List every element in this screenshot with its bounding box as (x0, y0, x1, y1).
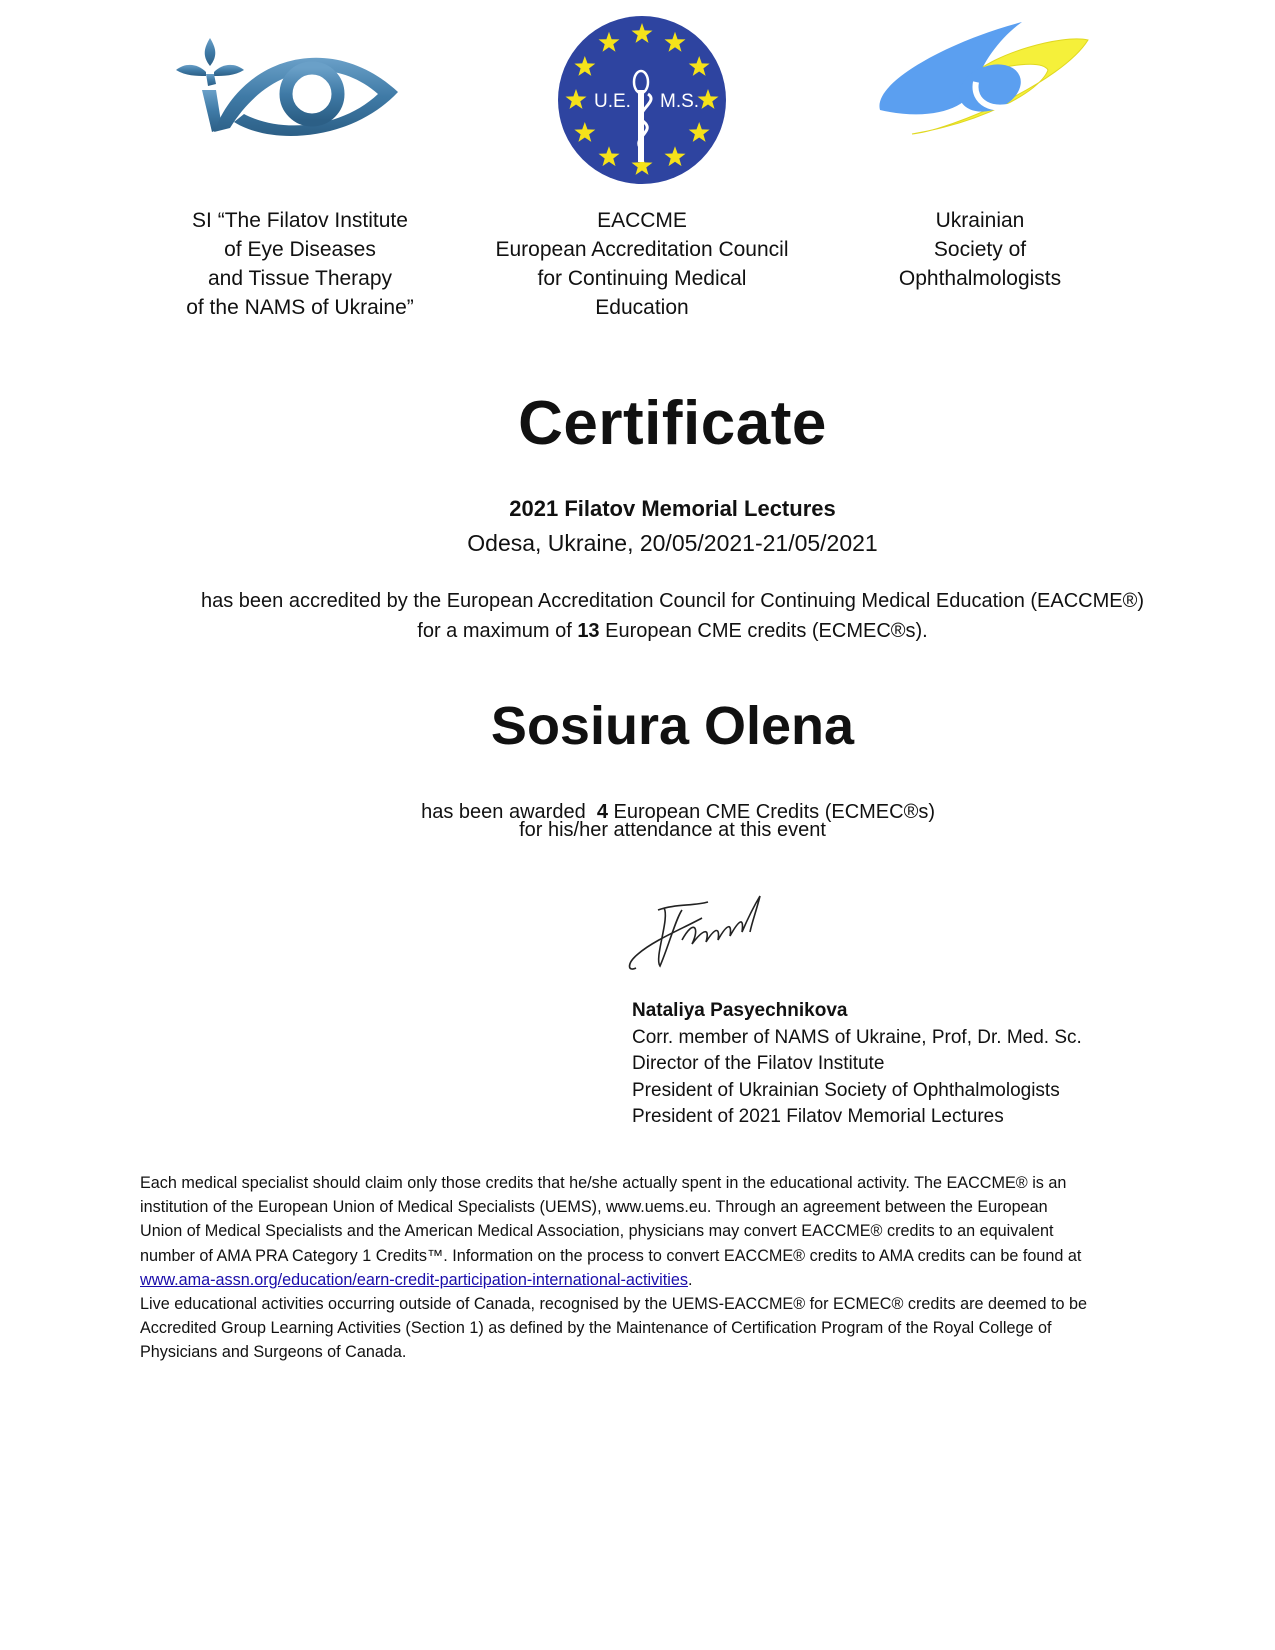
org-line: Ophthalmologists (880, 264, 1080, 293)
org-line: and Tissue Therapy (150, 264, 450, 293)
footer-line: Physicians and Surgeons of Canada. (140, 1340, 1200, 1364)
footer-link-line: www.ama-assn.org/education/earn-credit-p… (140, 1268, 1200, 1292)
org-line: Ukrainian (880, 206, 1080, 235)
accreditation-suffix: European CME credits (ECMEC®s). (600, 620, 928, 642)
signatory-title: President of Ukrainian Society of Ophtha… (632, 1078, 1082, 1105)
svg-text:U.E.: U.E. (594, 91, 631, 112)
org-line: of Eye Diseases (150, 235, 450, 264)
signature-icon (624, 888, 774, 978)
org-line: EACCME (480, 206, 804, 235)
footer-line: Accredited Group Learning Activities (Se… (140, 1316, 1200, 1340)
org-line: SI “The Filatov Institute (150, 206, 450, 235)
filatov-institute-logo-icon (172, 36, 402, 136)
accreditation-prefix: for a maximum of (417, 620, 577, 642)
org-line: Society of (880, 235, 1080, 264)
accreditation-line-2: for a maximum of 13 European CME credits… (0, 620, 1275, 643)
signatory-name: Nataliya Pasyechnikova (632, 998, 1082, 1025)
attendance-line: for his/her attendance at this event (0, 819, 1275, 842)
signatory-title: President of 2021 Filatov Memorial Lectu… (632, 1104, 1082, 1131)
org-line: Education (480, 293, 804, 322)
footer-line: Each medical specialist should claim onl… (140, 1171, 1200, 1195)
footer-line: institution of the European Union of Med… (140, 1195, 1200, 1219)
accreditation-line-1: has been accredited by the European Accr… (0, 590, 1275, 613)
signatory-title: Director of the Filatov Institute (632, 1051, 1082, 1078)
footer-line: Union of Medical Specialists and the Ame… (140, 1219, 1200, 1243)
link-suffix: . (688, 1271, 693, 1289)
svg-text:M.S.: M.S. (660, 91, 699, 112)
footer-disclaimer: Each medical specialist should claim onl… (140, 1171, 1200, 1365)
uems-logo-icon: U.E. M.S. (556, 14, 728, 186)
footer-line: Live educational activities occurring ou… (140, 1292, 1200, 1316)
org-line: of the NAMS of Ukraine” (150, 293, 450, 322)
ama-conversion-link[interactable]: www.ama-assn.org/education/earn-credit-p… (140, 1271, 688, 1289)
org-line: for Continuing Medical (480, 264, 804, 293)
signatory-title: Corr. member of NAMS of Ukraine, Prof, D… (632, 1025, 1082, 1052)
awarded-line: has been awarded 4 European CME Credits … (0, 778, 1275, 824)
recipient-name: Sosiura Olena (0, 695, 1275, 757)
org-filatov-institute: SI “The Filatov Institute of Eye Disease… (150, 206, 450, 322)
signatory-block: Nataliya Pasyechnikova Corr. member of N… (632, 998, 1082, 1131)
org-ukrainian-society: Ukrainian Society of Ophthalmologists (880, 206, 1080, 293)
certificate-title: Certificate (0, 388, 1275, 459)
max-credits: 13 (577, 620, 599, 642)
footer-line: number of AMA PRA Category 1 Credits™. I… (140, 1244, 1200, 1268)
org-eaccme: EACCME European Accreditation Council fo… (480, 206, 804, 322)
ukrainian-society-logo-icon (872, 22, 1092, 140)
org-line: European Accreditation Council (480, 235, 804, 264)
event-location-dates: Odesa, Ukraine, 20/05/2021-21/05/2021 (0, 530, 1275, 557)
event-name: 2021 Filatov Memorial Lectures (0, 496, 1275, 522)
